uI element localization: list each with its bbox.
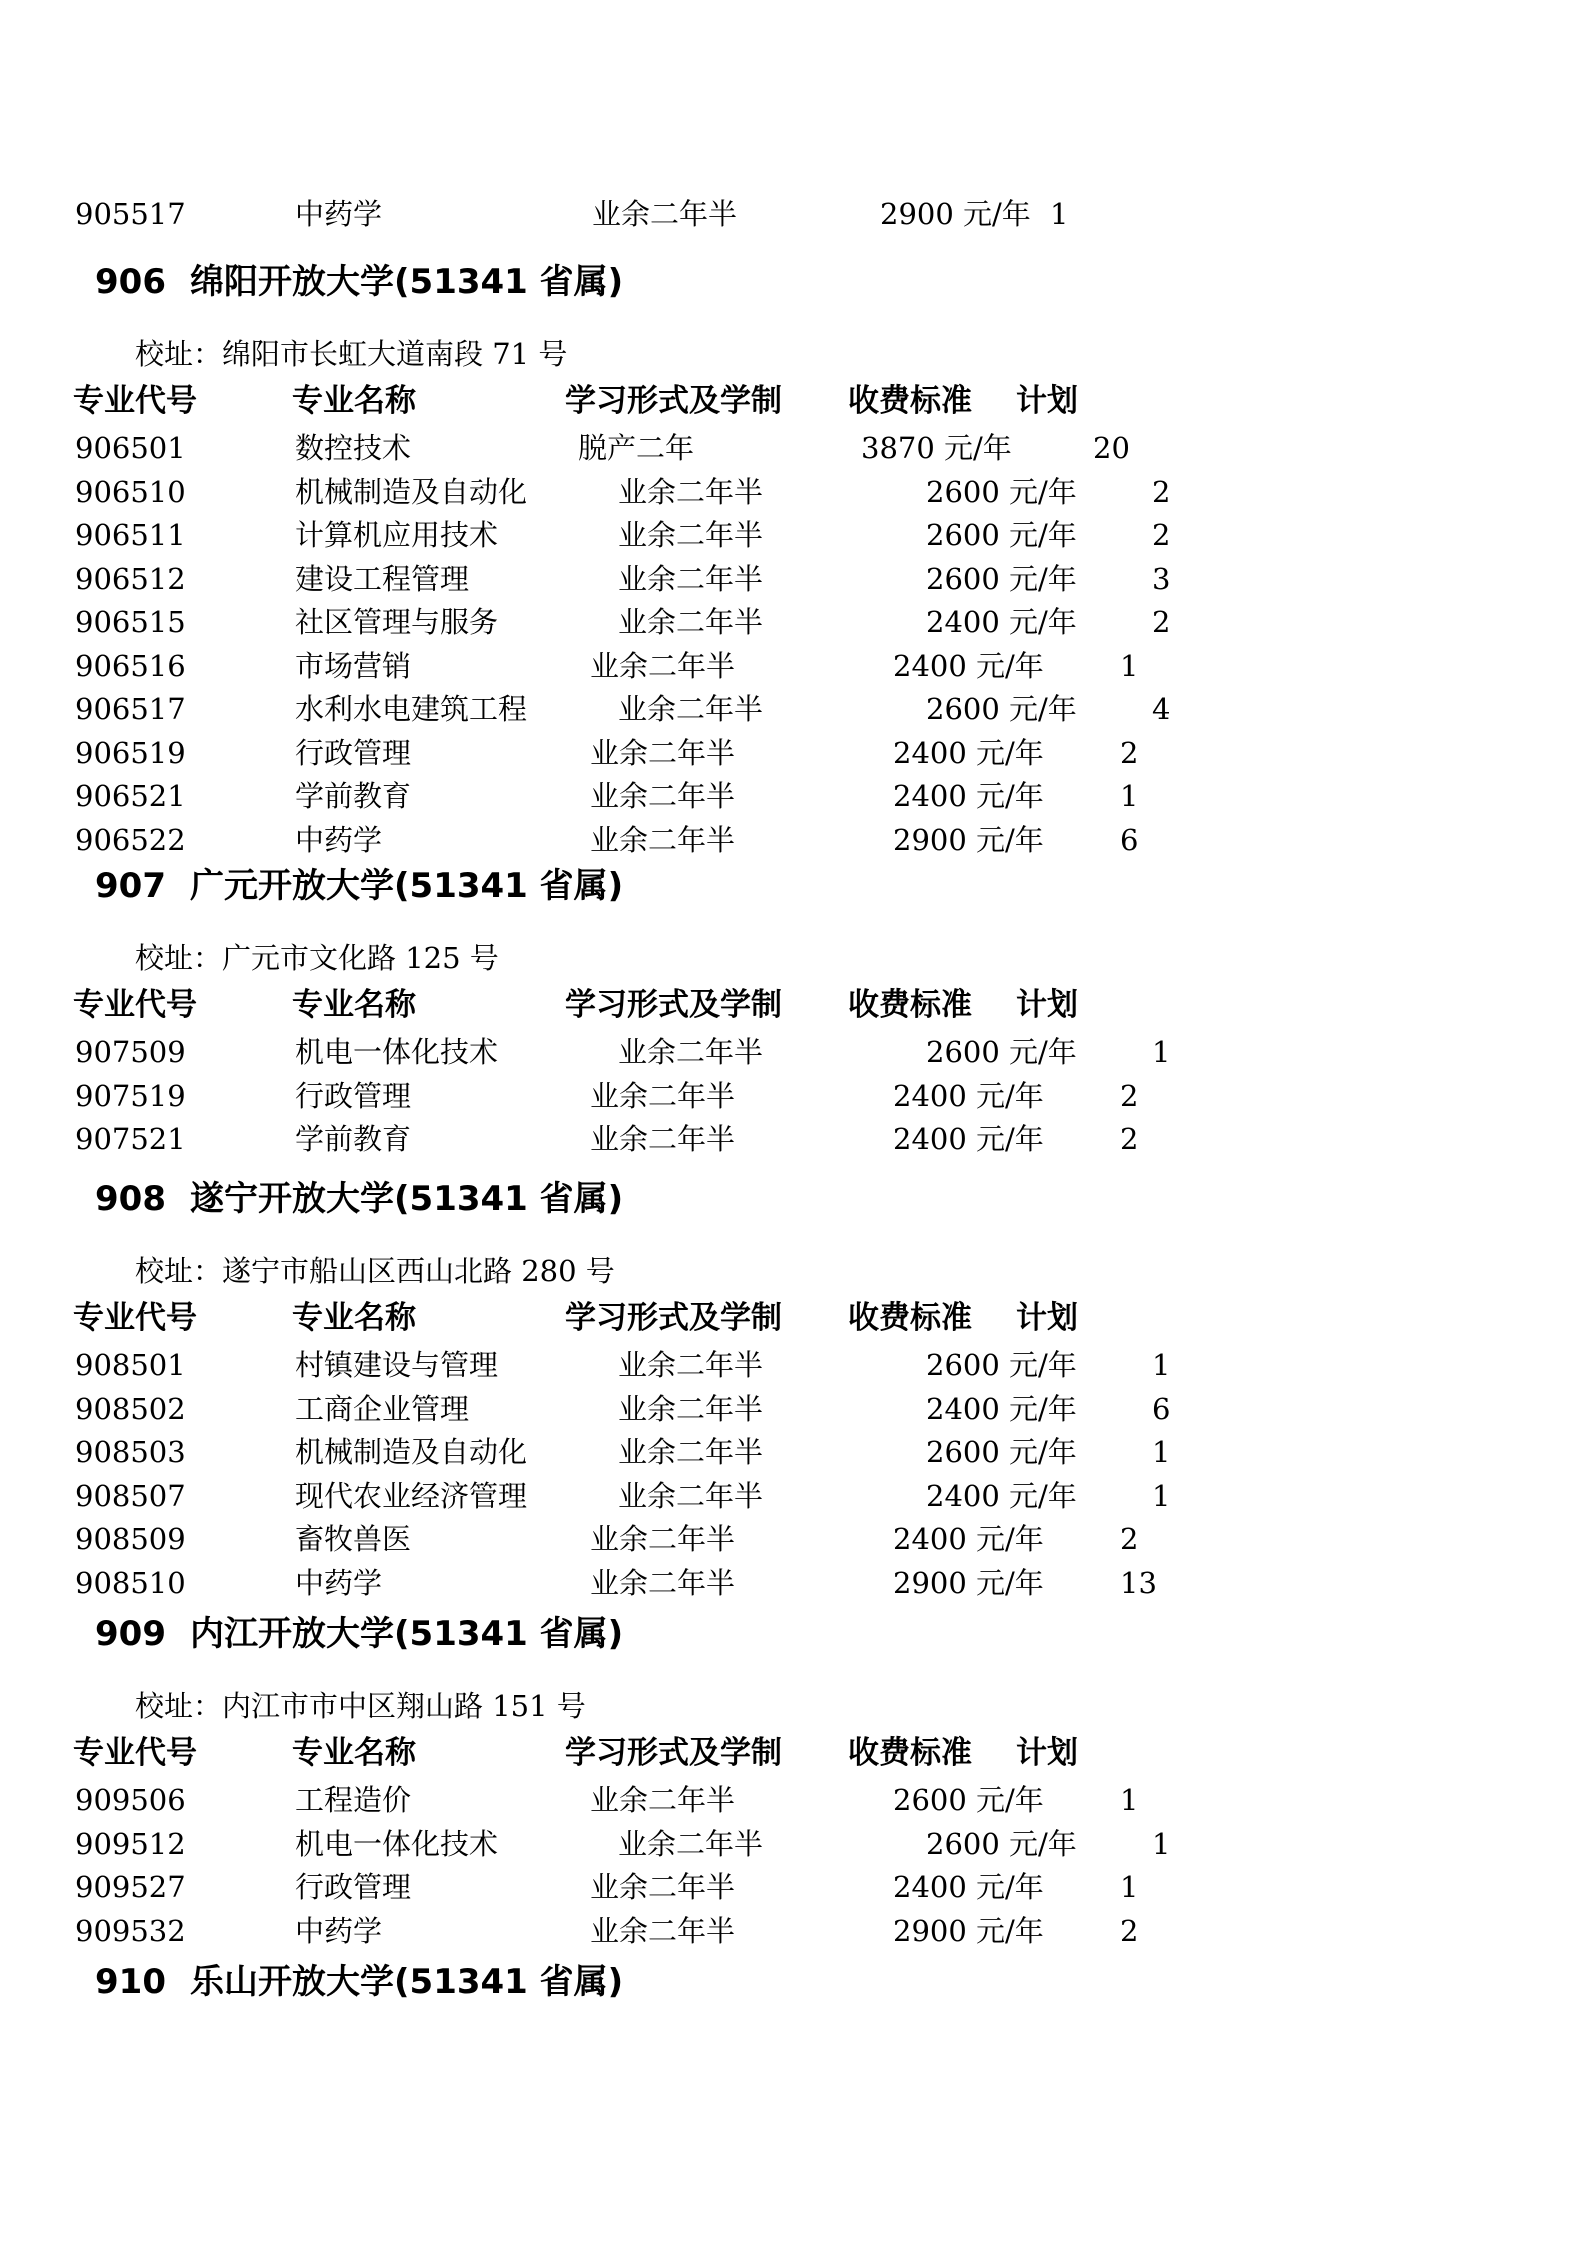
program-name: 学前教育 xyxy=(295,1117,411,1161)
program-code: 906516 xyxy=(75,644,186,688)
study-form: 业余二年半 xyxy=(590,1778,735,1822)
fee-standard: 2900 元/年 xyxy=(893,1909,1044,1953)
program-name: 社区管理与服务 xyxy=(295,600,498,644)
plan-count: 20 xyxy=(1093,426,1130,470)
program-row: 908502 工商企业管理 业余二年半 2400 元/年 6 xyxy=(0,1387,1587,1431)
program-row: 909506 工程造价 业余二年半 2600 元/年 1 xyxy=(0,1778,1587,1822)
fee-standard: 2600 元/年 xyxy=(926,557,1077,601)
school-title: 乐山开放大学(51341 省属) xyxy=(190,1958,623,2006)
program-row: 906515 社区管理与服务 业余二年半 2400 元/年 2 xyxy=(0,600,1587,644)
school-address: 校址：遂宁市船山区西山北路 280 号 xyxy=(135,1249,615,1293)
section-heading: 908 遂宁开放大学(51341 省属) xyxy=(0,1175,1587,1223)
program-code: 907509 xyxy=(75,1030,186,1074)
fee-standard: 2600 元/年 xyxy=(926,1030,1077,1074)
fee-standard: 2400 元/年 xyxy=(893,1117,1044,1161)
program-row: 909532 中药学 业余二年半 2900 元/年 2 xyxy=(0,1909,1587,1953)
fee-standard: 2400 元/年 xyxy=(926,600,1077,644)
program-name: 行政管理 xyxy=(295,1865,411,1909)
plan-count: 1 xyxy=(1120,644,1138,688)
school-number: 908 xyxy=(95,1175,166,1223)
fee-standard: 2600 元/年 xyxy=(926,1343,1077,1387)
plan-count: 1 xyxy=(1050,192,1068,236)
section-heading: 906 绵阳开放大学(51341 省属) xyxy=(0,258,1587,306)
study-form: 业余二年半 xyxy=(590,818,735,862)
fee-standard: 2600 元/年 xyxy=(893,1778,1044,1822)
study-form: 业余二年半 xyxy=(618,1030,763,1074)
school-title: 广元开放大学(51341 省属) xyxy=(190,862,623,910)
study-form: 业余二年半 xyxy=(590,644,735,688)
program-name: 工商企业管理 xyxy=(295,1387,469,1431)
program-code: 906521 xyxy=(75,774,186,818)
program-row: 906522 中药学 业余二年半 2900 元/年 6 xyxy=(0,818,1587,862)
column-header-row: 专业代号 专业名称 学习形式及学制 收费标准 计划 xyxy=(0,1295,1587,1341)
program-name: 市场营销 xyxy=(295,644,411,688)
document-page: 905517 中药学 业余二年半 2900 元/年 1 906 绵阳开放大学(5… xyxy=(0,0,1587,2245)
study-form: 业余二年半 xyxy=(590,774,735,818)
fee-standard: 2400 元/年 xyxy=(893,1517,1044,1561)
study-form: 业余二年半 xyxy=(590,1517,735,1561)
program-code: 908507 xyxy=(75,1474,186,1518)
plan-count: 13 xyxy=(1120,1561,1157,1605)
study-form: 业余二年半 xyxy=(618,513,763,557)
program-name: 机械制造及自动化 xyxy=(295,470,527,514)
program-code: 906501 xyxy=(75,426,186,470)
study-form: 业余二年半 xyxy=(618,1387,763,1431)
plan-count: 1 xyxy=(1152,1822,1170,1866)
program-row: 906521 学前教育 业余二年半 2400 元/年 1 xyxy=(0,774,1587,818)
col-header-name: 专业名称 xyxy=(292,982,416,1028)
program-row: 909512 机电一体化技术 业余二年半 2600 元/年 1 xyxy=(0,1822,1587,1866)
plan-count: 6 xyxy=(1120,818,1138,862)
program-code: 908503 xyxy=(75,1430,186,1474)
program-code: 907519 xyxy=(75,1074,186,1118)
fee-standard: 2400 元/年 xyxy=(893,1865,1044,1909)
program-name: 水利水电建筑工程 xyxy=(295,687,527,731)
fee-standard: 2400 元/年 xyxy=(893,774,1044,818)
program-code: 907521 xyxy=(75,1117,186,1161)
plan-count: 2 xyxy=(1120,1074,1138,1118)
program-row: 909527 行政管理 业余二年半 2400 元/年 1 xyxy=(0,1865,1587,1909)
fee-standard: 2600 元/年 xyxy=(926,1430,1077,1474)
program-code: 906517 xyxy=(75,687,186,731)
school-address: 校址：绵阳市长虹大道南段 71 号 xyxy=(135,332,567,376)
col-header-fee: 收费标准 xyxy=(848,982,972,1028)
plan-count: 2 xyxy=(1120,731,1138,775)
school-address: 校址：广元市文化路 125 号 xyxy=(135,936,499,980)
program-row: 905517 中药学 业余二年半 2900 元/年 1 xyxy=(0,192,1587,236)
school-number: 906 xyxy=(95,258,166,306)
program-code: 905517 xyxy=(75,192,186,236)
program-code: 909532 xyxy=(75,1909,186,1953)
plan-count: 2 xyxy=(1120,1117,1138,1161)
program-row: 906511 计算机应用技术 业余二年半 2600 元/年 2 xyxy=(0,513,1587,557)
program-row: 906501 数控技术 脱产二年 3870 元/年 20 xyxy=(0,426,1587,470)
study-form: 业余二年半 xyxy=(618,687,763,731)
school-number: 907 xyxy=(95,862,166,910)
program-code: 909512 xyxy=(75,1822,186,1866)
program-code: 908502 xyxy=(75,1387,186,1431)
program-row: 906510 机械制造及自动化 业余二年半 2600 元/年 2 xyxy=(0,470,1587,514)
school-address: 校址：内江市市中区翔山路 151 号 xyxy=(135,1684,586,1728)
fee-standard: 3870 元/年 xyxy=(861,426,1012,470)
program-row: 908503 机械制造及自动化 业余二年半 2600 元/年 1 xyxy=(0,1430,1587,1474)
program-code: 906510 xyxy=(75,470,186,514)
fee-standard: 2400 元/年 xyxy=(893,731,1044,775)
program-code: 908510 xyxy=(75,1561,186,1605)
fee-standard: 2900 元/年 xyxy=(893,818,1044,862)
col-header-plan: 计划 xyxy=(1016,982,1078,1028)
plan-count: 2 xyxy=(1120,1909,1138,1953)
school-title: 遂宁开放大学(51341 省属) xyxy=(190,1175,623,1223)
study-form: 脱产二年 xyxy=(578,426,694,470)
study-form: 业余二年半 xyxy=(590,1909,735,1953)
study-form: 业余二年半 xyxy=(590,1865,735,1909)
program-code: 906519 xyxy=(75,731,186,775)
program-name: 行政管理 xyxy=(295,731,411,775)
program-row: 908509 畜牧兽医 业余二年半 2400 元/年 2 xyxy=(0,1517,1587,1561)
col-header-name: 专业名称 xyxy=(292,1730,416,1776)
program-row: 908510 中药学 业余二年半 2900 元/年 13 xyxy=(0,1561,1587,1605)
program-row: 907509 机电一体化技术 业余二年半 2600 元/年 1 xyxy=(0,1030,1587,1074)
program-code: 906515 xyxy=(75,600,186,644)
program-code: 906511 xyxy=(75,513,186,557)
program-name: 工程造价 xyxy=(295,1778,411,1822)
col-header-name: 专业名称 xyxy=(292,378,416,424)
program-name: 机电一体化技术 xyxy=(295,1822,498,1866)
study-form: 业余二年半 xyxy=(618,1343,763,1387)
study-form: 业余二年半 xyxy=(618,1474,763,1518)
column-header-row: 专业代号 专业名称 学习形式及学制 收费标准 计划 xyxy=(0,982,1587,1028)
col-header-form: 学习形式及学制 xyxy=(565,1730,782,1776)
fee-standard: 2400 元/年 xyxy=(926,1387,1077,1431)
plan-count: 1 xyxy=(1120,774,1138,818)
col-header-code: 专业代号 xyxy=(73,378,197,424)
plan-count: 2 xyxy=(1152,513,1170,557)
section-heading: 907 广元开放大学(51341 省属) xyxy=(0,862,1587,910)
col-header-fee: 收费标准 xyxy=(848,378,972,424)
plan-count: 1 xyxy=(1152,1030,1170,1074)
study-form: 业余二年半 xyxy=(618,1430,763,1474)
program-name: 数控技术 xyxy=(295,426,411,470)
col-header-name: 专业名称 xyxy=(292,1295,416,1341)
program-row: 908507 现代农业经济管理 业余二年半 2400 元/年 1 xyxy=(0,1474,1587,1518)
col-header-code: 专业代号 xyxy=(73,982,197,1028)
program-code: 909527 xyxy=(75,1865,186,1909)
plan-count: 1 xyxy=(1152,1474,1170,1518)
col-header-form: 学习形式及学制 xyxy=(565,378,782,424)
plan-count: 2 xyxy=(1152,600,1170,644)
program-name: 建设工程管理 xyxy=(295,557,469,601)
col-header-plan: 计划 xyxy=(1016,1295,1078,1341)
col-header-fee: 收费标准 xyxy=(848,1295,972,1341)
fee-standard: 2600 元/年 xyxy=(926,513,1077,557)
program-name: 中药学 xyxy=(295,1909,382,1953)
program-name: 机电一体化技术 xyxy=(295,1030,498,1074)
col-header-code: 专业代号 xyxy=(73,1730,197,1776)
program-code: 906522 xyxy=(75,818,186,862)
program-row: 906517 水利水电建筑工程 业余二年半 2600 元/年 4 xyxy=(0,687,1587,731)
program-name: 中药学 xyxy=(295,1561,382,1605)
col-header-plan: 计划 xyxy=(1016,378,1078,424)
program-name: 中药学 xyxy=(295,192,382,236)
col-header-plan: 计划 xyxy=(1016,1730,1078,1776)
plan-count: 1 xyxy=(1120,1778,1138,1822)
fee-standard: 2400 元/年 xyxy=(926,1474,1077,1518)
fee-standard: 2400 元/年 xyxy=(893,1074,1044,1118)
col-header-form: 学习形式及学制 xyxy=(565,1295,782,1341)
col-header-form: 学习形式及学制 xyxy=(565,982,782,1028)
study-form: 业余二年半 xyxy=(592,192,737,236)
plan-count: 1 xyxy=(1152,1430,1170,1474)
school-number: 909 xyxy=(95,1610,166,1658)
program-name: 学前教育 xyxy=(295,774,411,818)
fee-standard: 2600 元/年 xyxy=(926,470,1077,514)
program-row: 907521 学前教育 业余二年半 2400 元/年 2 xyxy=(0,1117,1587,1161)
program-row: 906512 建设工程管理 业余二年半 2600 元/年 3 xyxy=(0,557,1587,601)
study-form: 业余二年半 xyxy=(590,731,735,775)
section-heading: 909 内江开放大学(51341 省属) xyxy=(0,1610,1587,1658)
school-number: 910 xyxy=(95,1958,166,2006)
plan-count: 1 xyxy=(1120,1865,1138,1909)
program-row: 906519 行政管理 业余二年半 2400 元/年 2 xyxy=(0,731,1587,775)
plan-count: 2 xyxy=(1120,1517,1138,1561)
program-name: 村镇建设与管理 xyxy=(295,1343,498,1387)
fee-standard: 2600 元/年 xyxy=(926,1822,1077,1866)
plan-count: 2 xyxy=(1152,470,1170,514)
program-name: 中药学 xyxy=(295,818,382,862)
study-form: 业余二年半 xyxy=(618,557,763,601)
study-form: 业余二年半 xyxy=(590,1074,735,1118)
study-form: 业余二年半 xyxy=(618,600,763,644)
program-name: 现代农业经济管理 xyxy=(295,1474,527,1518)
program-name: 计算机应用技术 xyxy=(295,513,498,557)
col-header-code: 专业代号 xyxy=(73,1295,197,1341)
program-row: 908501 村镇建设与管理 业余二年半 2600 元/年 1 xyxy=(0,1343,1587,1387)
col-header-fee: 收费标准 xyxy=(848,1730,972,1776)
study-form: 业余二年半 xyxy=(618,470,763,514)
program-code: 908509 xyxy=(75,1517,186,1561)
program-name: 机械制造及自动化 xyxy=(295,1430,527,1474)
plan-count: 3 xyxy=(1152,557,1170,601)
study-form: 业余二年半 xyxy=(590,1561,735,1605)
plan-count: 4 xyxy=(1152,687,1170,731)
fee-standard: 2600 元/年 xyxy=(926,687,1077,731)
plan-count: 6 xyxy=(1152,1387,1170,1431)
fee-standard: 2900 元/年 xyxy=(893,1561,1044,1605)
fee-standard: 2400 元/年 xyxy=(893,644,1044,688)
program-name: 畜牧兽医 xyxy=(295,1517,411,1561)
school-title: 绵阳开放大学(51341 省属) xyxy=(190,258,623,306)
column-header-row: 专业代号 专业名称 学习形式及学制 收费标准 计划 xyxy=(0,1730,1587,1776)
section-heading: 910 乐山开放大学(51341 省属) xyxy=(0,1958,1587,2006)
program-name: 行政管理 xyxy=(295,1074,411,1118)
program-code: 909506 xyxy=(75,1778,186,1822)
plan-count: 1 xyxy=(1152,1343,1170,1387)
program-code: 906512 xyxy=(75,557,186,601)
study-form: 业余二年半 xyxy=(618,1822,763,1866)
program-code: 908501 xyxy=(75,1343,186,1387)
study-form: 业余二年半 xyxy=(590,1117,735,1161)
fee-standard: 2900 元/年 xyxy=(880,192,1031,236)
program-row: 906516 市场营销 业余二年半 2400 元/年 1 xyxy=(0,644,1587,688)
school-title: 内江开放大学(51341 省属) xyxy=(190,1610,623,1658)
program-row: 907519 行政管理 业余二年半 2400 元/年 2 xyxy=(0,1074,1587,1118)
column-header-row: 专业代号 专业名称 学习形式及学制 收费标准 计划 xyxy=(0,378,1587,424)
